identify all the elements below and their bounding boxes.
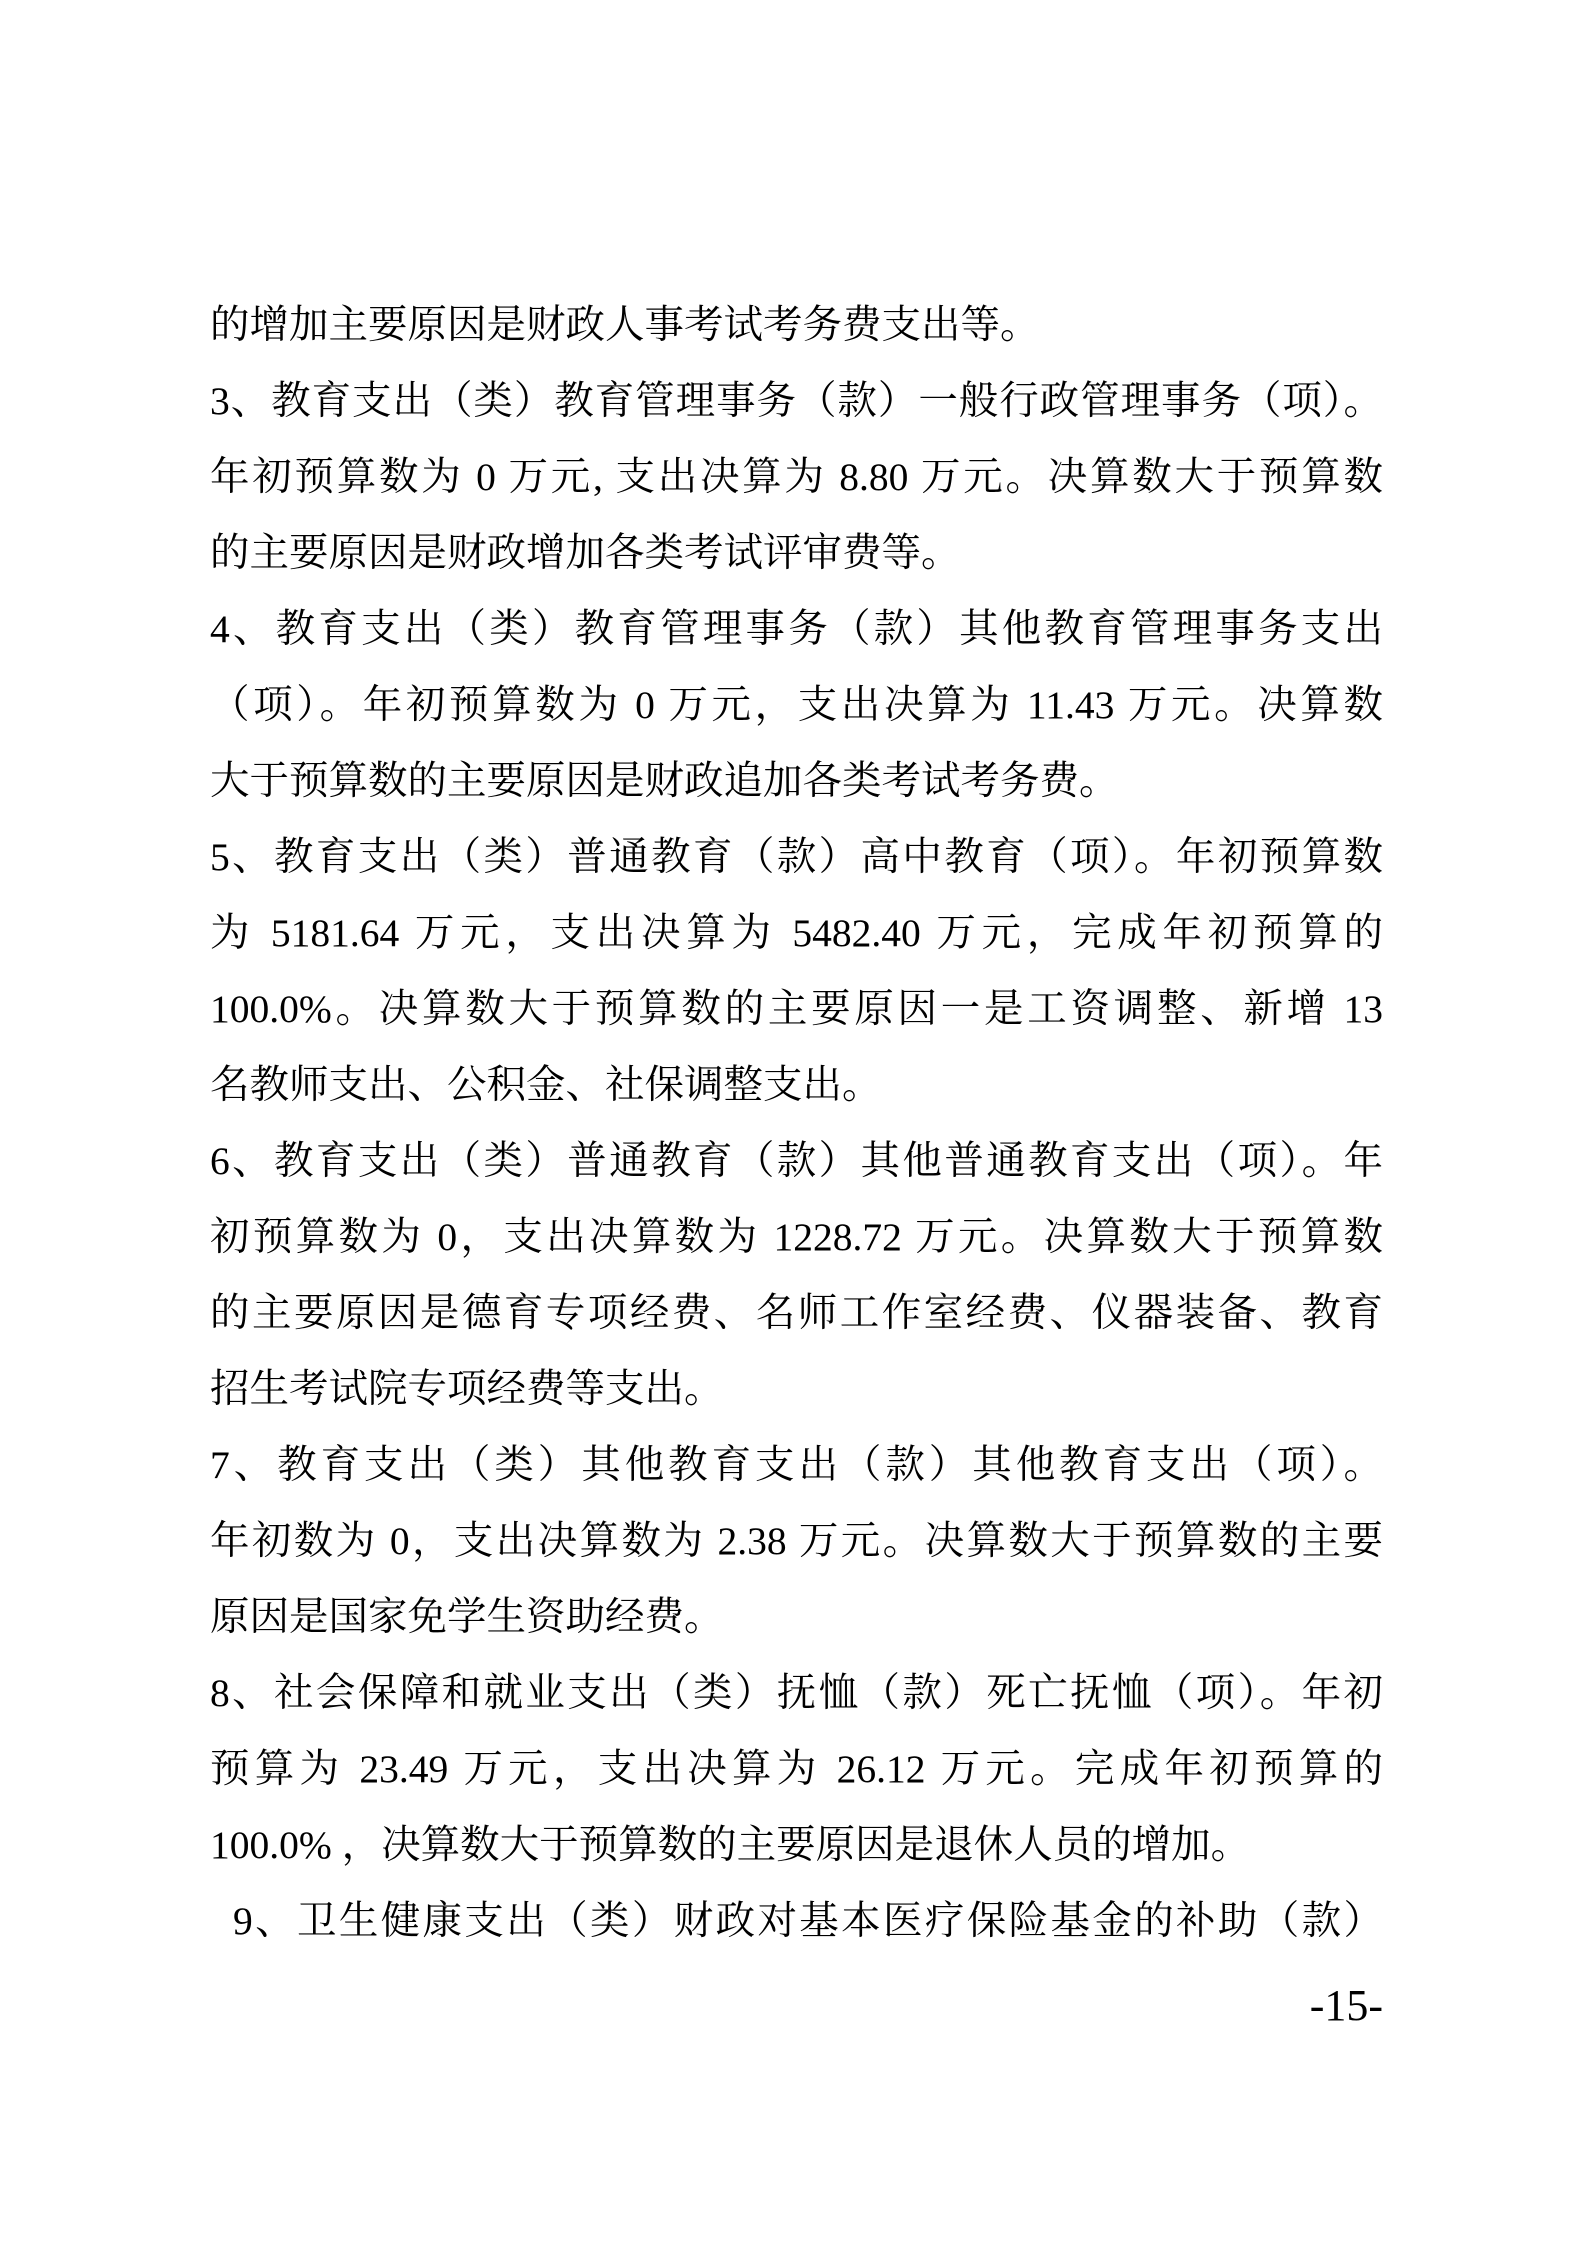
text-line: 9、卫生健康支出（类）财政对基本医疗保险基金的补助（款）	[210, 1883, 1383, 1959]
text-line: 年初预算数为 0 万元, 支出决算为 8.80 万元。决算数大于预算数	[210, 439, 1383, 515]
document-page: 的增加主要原因是财政人事考试考务费支出等。3、教育支出（类）教育管理事务（款）一…	[0, 0, 1587, 2245]
text-line: 8、社会保障和就业支出（类）抚恤（款）死亡抚恤（项）。年初	[210, 1655, 1383, 1731]
text-line: 4、教育支出（类）教育管理事务（款）其他教育管理事务支出	[210, 591, 1383, 667]
paragraph-item-5: 5、教育支出（类）普通教育（款）高中教育（项）。年初预算数为 5181.64 万…	[210, 819, 1383, 1123]
paragraph-continuation: 的增加主要原因是财政人事考试考务费支出等。	[210, 287, 1383, 363]
body-text: 的增加主要原因是财政人事考试考务费支出等。3、教育支出（类）教育管理事务（款）一…	[210, 287, 1383, 1959]
text-line: 招生考试院专项经费等支出。	[210, 1351, 1383, 1427]
text-line: 5、教育支出（类）普通教育（款）高中教育（项）。年初预算数	[210, 819, 1383, 895]
text-line: 的增加主要原因是财政人事考试考务费支出等。	[210, 287, 1383, 363]
text-line: 6、教育支出（类）普通教育（款）其他普通教育支出（项）。年	[210, 1123, 1383, 1199]
text-line: （项）。年初预算数为 0 万元，支出决算为 11.43 万元。决算数	[210, 667, 1383, 743]
text-line: 为 5181.64 万元，支出决算为 5482.40 万元，完成年初预算的	[210, 895, 1383, 971]
page-number: -15-	[1310, 1981, 1383, 2031]
text-line: 预算为 23.49 万元，支出决算为 26.12 万元。完成年初预算的	[210, 1731, 1383, 1807]
text-line: 100.0% ，决算数大于预算数的主要原因是退休人员的增加。	[210, 1807, 1383, 1883]
text-line: 大于预算数的主要原因是财政追加各类考试考务费。	[210, 743, 1383, 819]
text-line: 原因是国家免学生资助经费。	[210, 1579, 1383, 1655]
paragraph-item-6: 6、教育支出（类）普通教育（款）其他普通教育支出（项）。年初预算数为 0，支出决…	[210, 1123, 1383, 1427]
paragraph-item-9: 9、卫生健康支出（类）财政对基本医疗保险基金的补助（款）	[210, 1883, 1383, 1959]
paragraph-item-4: 4、教育支出（类）教育管理事务（款）其他教育管理事务支出（项）。年初预算数为 0…	[210, 591, 1383, 819]
text-line: 的主要原因是德育专项经费、名师工作室经费、仪器装备、教育	[210, 1275, 1383, 1351]
text-line: 年初数为 0，支出决算数为 2.38 万元。决算数大于预算数的主要	[210, 1503, 1383, 1579]
text-line: 3、教育支出（类）教育管理事务（款）一般行政管理事务（项）。	[210, 363, 1383, 439]
text-line: 100.0%。决算数大于预算数的主要原因一是工资调整、新增 13	[210, 971, 1383, 1047]
text-line: 的主要原因是财政增加各类考试评审费等。	[210, 515, 1383, 591]
text-line: 初预算数为 0，支出决算数为 1228.72 万元。决算数大于预算数	[210, 1199, 1383, 1275]
paragraph-item-8: 8、社会保障和就业支出（类）抚恤（款）死亡抚恤（项）。年初预算为 23.49 万…	[210, 1655, 1383, 1883]
text-line: 7、教育支出（类）其他教育支出（款）其他教育支出（项）。	[210, 1427, 1383, 1503]
paragraph-item-3: 3、教育支出（类）教育管理事务（款）一般行政管理事务（项）。年初预算数为 0 万…	[210, 363, 1383, 591]
text-line: 名教师支出、公积金、社保调整支出。	[210, 1047, 1383, 1123]
paragraph-item-7: 7、教育支出（类）其他教育支出（款）其他教育支出（项）。年初数为 0，支出决算数…	[210, 1427, 1383, 1655]
